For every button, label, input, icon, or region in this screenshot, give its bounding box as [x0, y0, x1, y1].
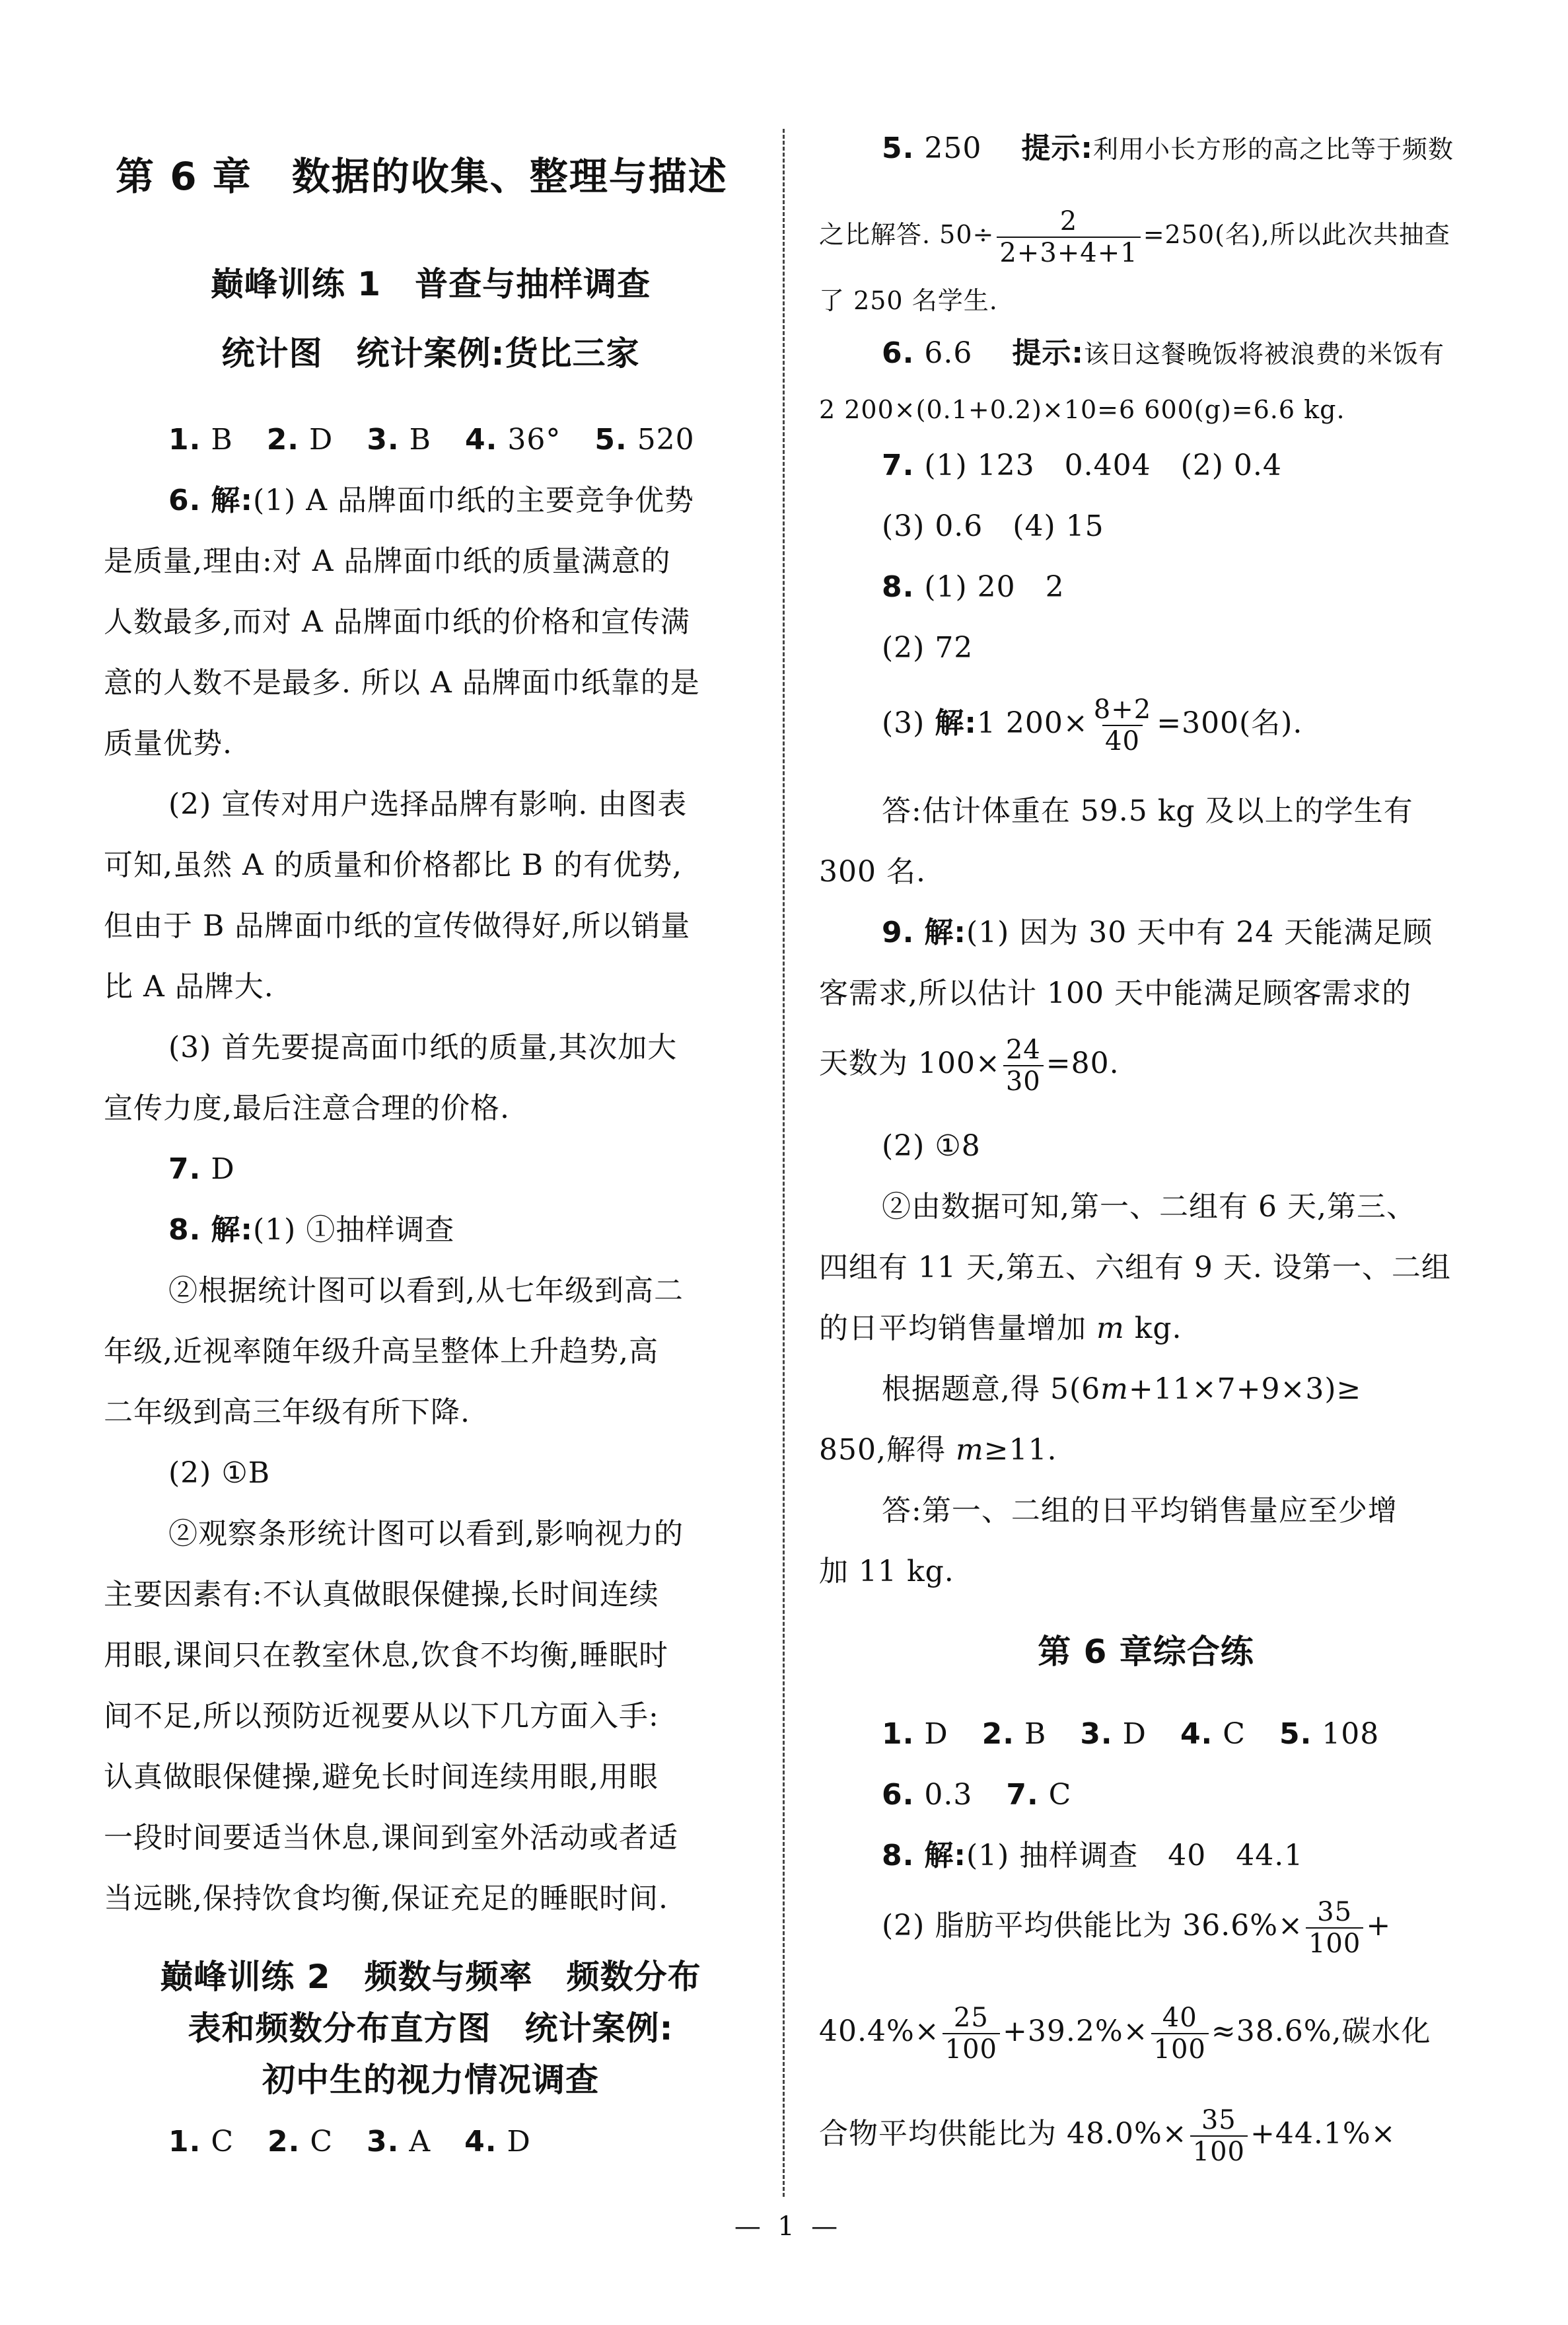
q6-line-7: 可知,虽然 A 的质量和价格都比 B 的有优势,: [104, 846, 682, 885]
review-q8-line-4: 合物平均供能比为 48.0%×35100+44.1%×: [819, 2098, 1396, 2170]
r-q5-line-2: 之比解答. 50÷22+3+4+1=250(名),所以此次共抽查: [819, 198, 1450, 271]
q8-line-7: 主要因素有:不认真做眼保健操,长时间连续: [104, 1575, 659, 1615]
r-q9-line-2: 客需求,所以估计 100 天中能满足顾客需求的: [819, 974, 1411, 1014]
q6-line-9: 比 A 品牌大.: [104, 967, 274, 1007]
q6-line-8: 但由于 B 品牌面巾纸的宣传做得好,所以销量: [104, 906, 690, 946]
q8-line-9: 间不足,所以预防近视要从以下几方面入手:: [104, 1697, 659, 1736]
r-q8-answer-2: 300 名.: [819, 852, 926, 892]
section2-title-line2: 表和频数分布直方图 统计案例:: [104, 2007, 758, 2049]
r-q9-line-8: 根据题意,得 5(6m+11×7+9×3)≥: [882, 1370, 1361, 1409]
chapter-title: 第 6 章 数据的收集、整理与描述: [116, 153, 728, 200]
r-q5-line-1: 5. 250提示:利用小长方形的高之比等于频数: [882, 129, 1454, 169]
fraction: 8+240: [1091, 694, 1154, 757]
r-q9-line-3: 天数为 100×2430=80.: [819, 1027, 1120, 1100]
q6-line-1: 6. 解:(1) A 品牌面巾纸的主要竞争优势: [168, 481, 694, 521]
fraction: 35100: [1306, 1897, 1363, 1959]
q8-line-12: 当远眺,保持饮食均衡,保证充足的睡眠时间.: [104, 1879, 668, 1919]
review-choices-2: 6. 0.3 7. C: [882, 1775, 1071, 1815]
r-q9-line-10: 答:第一、二组的日平均销售量应至少增: [882, 1491, 1398, 1531]
review-q8-line-2: (2) 脂肪平均供能比为 36.6%×35100+: [882, 1890, 1391, 1962]
r-q8-line-3: (3) 解:1 200×8+240=300(名).: [882, 687, 1302, 760]
q8-line-2: ②根据统计图可以看到,从七年级到高二: [168, 1271, 684, 1311]
q6-line-4: 意的人数不是最多. 所以 A 品牌面巾纸靠的是: [104, 663, 700, 703]
section2-title-line3: 初中生的视力情况调查: [104, 2059, 758, 2101]
review-choices-1: 1. D 2. B 3. D 4. C 5. 108: [882, 1715, 1379, 1754]
q6-line-6: (2) 宣传对用户选择品牌有影响. 由图表: [168, 785, 687, 825]
r-q9-line-4: (2) ①8: [882, 1126, 981, 1166]
dash-right: —: [795, 2211, 837, 2242]
section1-choices: 1. B 2. D 3. B 4. 36° 5. 520: [168, 420, 695, 460]
r-q5-line-3: 了 250 名学生.: [819, 281, 998, 320]
review-q8-line-3: 40.4%×25100+39.2%×40100≈38.6%,碳水化: [819, 1995, 1431, 2068]
r-q9-line-9: 850,解得 m≥11.: [819, 1430, 1057, 1470]
r-q6-line-1: 6. 6.6提示:该日这餐晚饭将被浪费的米饭有: [882, 334, 1444, 374]
r-q9-line-5: ②由数据可知,第一、二组有 6 天,第三、: [882, 1187, 1416, 1227]
q6-line-5: 质量优势.: [104, 724, 232, 764]
r-q8-answer-1: 答:估计体重在 59.5 kg 及以上的学生有: [882, 792, 1413, 831]
fraction: 25100: [943, 2003, 1000, 2065]
r-q8-line-1: 8. (1) 20 2: [882, 568, 1065, 607]
r-q9-line-7: 的日平均销售量增加 m kg.: [819, 1309, 1182, 1348]
r-q7-line-2: (3) 0.6 (4) 15: [882, 507, 1104, 546]
q6-line-11: 宣传力度,最后注意合理的价格.: [104, 1089, 510, 1128]
q8-line-3: 年级,近视率随年级升高呈整体上升趋势,高: [104, 1332, 659, 1372]
r-q8-line-2: (2) 72: [882, 628, 973, 668]
section2-title-line1: 巅峰训练 2 频数与频率 频数分布: [104, 1956, 758, 1998]
q6-line-2: 是质量,理由:对 A 品牌面巾纸的质量满意的: [104, 542, 671, 581]
section2-choices: 1. C 2. C 3. A 4. D: [168, 2122, 531, 2162]
q8-line-6: ②观察条形统计图可以看到,影响视力的: [168, 1514, 684, 1554]
fraction: 22+3+4+1: [997, 206, 1140, 268]
column-divider: [783, 129, 785, 2197]
q8-line-11: 一段时间要适当休息,课间到室外活动或者适: [104, 1818, 678, 1858]
r-q9-line-1: 9. 解:(1) 因为 30 天中有 24 天能满足顾: [882, 913, 1433, 953]
q6-line-3: 人数最多,而对 A 品牌面巾纸的价格和宣传满: [104, 603, 690, 642]
q6-line-10: (3) 首先要提高面巾纸的质量,其次加大: [168, 1028, 677, 1068]
q8-line-10: 认真做眼保健操,避免长时间连续用眼,用眼: [104, 1757, 659, 1797]
q8-line-5: (2) ①B: [168, 1454, 270, 1493]
fraction: 40100: [1151, 2003, 1209, 2065]
dash-left: —: [734, 2211, 777, 2242]
r-q9-line-6: 四组有 11 天,第五、六组有 9 天. 设第一、二组: [819, 1248, 1451, 1288]
q8-line-4: 二年级到高三年级有所下降.: [104, 1393, 470, 1432]
page-number: — 1 —: [720, 2210, 852, 2243]
r-q7-line-1: 7. (1) 123 0.404 (2) 0.4: [882, 446, 1282, 486]
review-title: 第 6 章综合练: [819, 1631, 1473, 1673]
section1-title-line1: 巅峰训练 1 普查与抽样调查: [104, 263, 758, 305]
q8-line-8: 用眼,课间只在教室休息,饮食不均衡,睡眠时: [104, 1636, 668, 1676]
q7-answer: 7. D: [168, 1150, 235, 1189]
r-q9-line-11: 加 11 kg.: [819, 1552, 954, 1592]
q8-line-1: 8. 解:(1) ①抽样调查: [168, 1210, 454, 1250]
r-q6-line-2: 2 200×(0.1+0.2)×10=6 600(g)=6.6 kg.: [819, 390, 1345, 429]
section1-title-line2: 统计图 统计案例:货比三家: [104, 332, 758, 375]
fraction: 2430: [1003, 1035, 1044, 1097]
fraction: 35100: [1190, 2105, 1248, 2167]
review-q8-line-1: 8. 解:(1) 抽样调查 40 44.1: [882, 1836, 1303, 1876]
